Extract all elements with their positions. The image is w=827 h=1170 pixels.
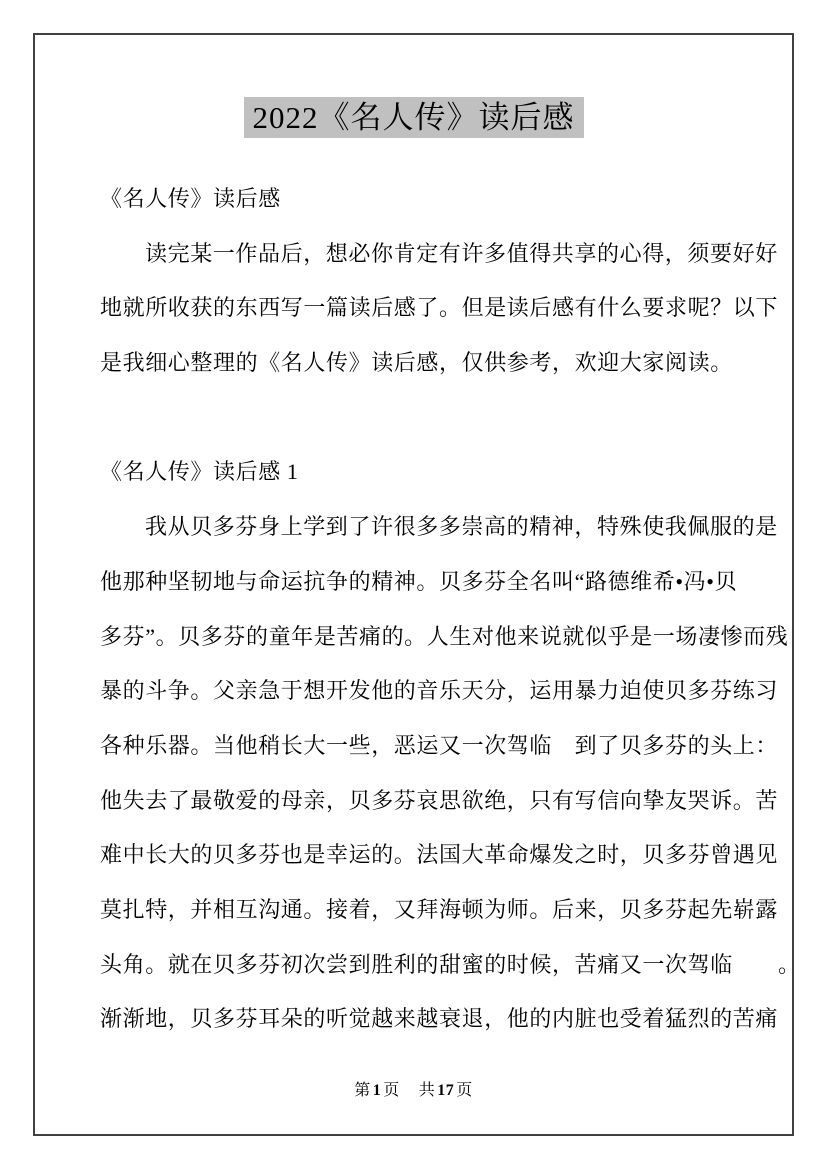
- text-line: 多芬”。贝多芬的童年是苦痛的。人生对他来说就似乎是一场凄惨而残: [100, 610, 745, 665]
- text-line: 他失去了最敬爱的母亲，贝多芬哀思欲绝，只有写信向挚友哭诉。苦: [100, 774, 745, 829]
- footer-page-suffix: 页: [383, 1082, 400, 1099]
- text-line: 他那种坚韧地与命运抗争的精神。贝多芬全名叫“路德维希•冯•贝: [100, 555, 745, 610]
- blank-line: [100, 391, 745, 446]
- text-line: 渐渐地，贝多芬耳朵的听觉越来越衰退，他的内脏也受着猛烈的苦痛: [100, 992, 745, 1047]
- text-line: 头角。就在贝多芬初次尝到胜利的甜蜜的时候，苦痛又一次驾临 。: [100, 938, 745, 993]
- document-page: 2022《名人传》读后感 《名人传》读后感 读完某一作品后，想必你肯定有许多值得…: [0, 0, 827, 1170]
- text-line: 莫扎特，并相互沟通。接着，又拜海顿为师。后来，贝多芬起先崭露: [100, 883, 745, 938]
- footer-page-prefix: 第: [354, 1082, 371, 1099]
- document-title: 2022《名人传》读后感: [244, 97, 584, 138]
- page-footer: 第1页 共17页: [0, 1077, 827, 1100]
- section-heading: 《名人传》读后感 1: [100, 445, 745, 500]
- text-line: 我从贝多芬身上学到了许很多多崇高的精神，特殊使我佩服的是: [100, 500, 745, 555]
- text-line: 《名人传》读后感: [100, 172, 745, 227]
- footer-total-prefix: 共: [419, 1082, 436, 1099]
- text-line: 地就所收获的东西写一篇读后感了。但是读后感有什么要求呢？以下: [100, 281, 745, 336]
- footer-total-number: 17: [437, 1082, 454, 1099]
- document-title-row: 2022《名人传》读后感: [0, 97, 827, 138]
- text-line: 是我细心整理的《名人传》读后感，仅供参考，欢迎大家阅读。: [100, 336, 745, 391]
- footer-page-number: 1: [373, 1082, 382, 1099]
- document-body: 《名人传》读后感 读完某一作品后，想必你肯定有许多值得共享的心得，须要好好 地就…: [100, 172, 745, 1047]
- text-line: 各种乐器。当他稍长大一些，恶运又一次驾临 到了贝多芬的头上：: [100, 719, 745, 774]
- text-line: 暴的斗争。父亲急于想开发他的音乐天分，运用暴力迫使贝多芬练习: [100, 664, 745, 719]
- text-line: 难中长大的贝多芬也是幸运的。法国大革命爆发之时，贝多芬曾遇见: [100, 828, 745, 883]
- footer-total-suffix: 页: [456, 1082, 473, 1099]
- text-line: 读完某一作品后，想必你肯定有许多值得共享的心得，须要好好: [100, 227, 745, 282]
